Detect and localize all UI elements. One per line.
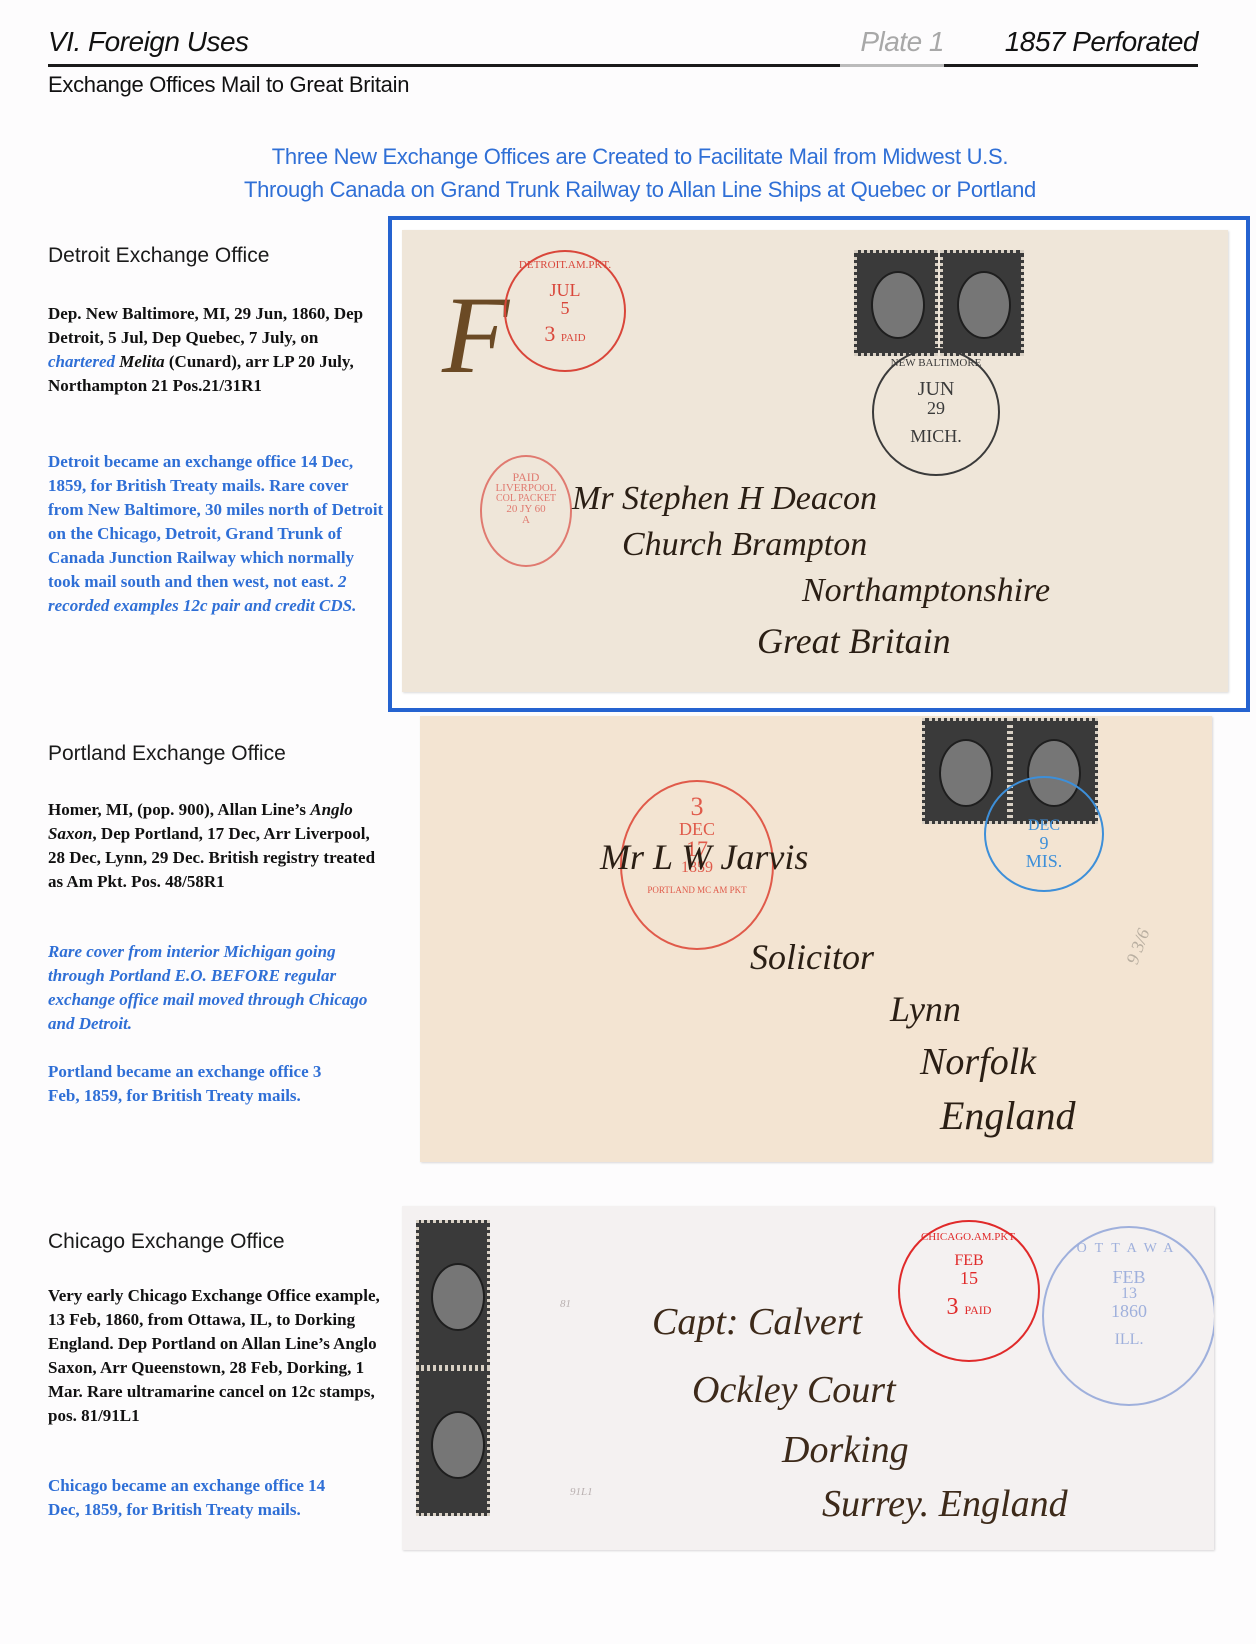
address-line: Church Brampton: [622, 526, 867, 564]
address-line: Mr Stephen H Deacon: [572, 480, 877, 518]
issue-title: 1857 Perforated: [1005, 26, 1198, 57]
plate-header: Plate 1: [840, 26, 944, 67]
intro-line-2: Through Canada on Grand Trunk Railway to…: [100, 173, 1180, 206]
page-subtitle: Exchange Offices Mail to Great Britain: [48, 72, 409, 98]
address-line: Norfolk: [920, 1040, 1036, 1084]
postmark-liverpool: PAID LIVERPOOL COL PACKET 20 JY 60 A: [480, 455, 572, 567]
address-line: Ockley Court: [692, 1368, 896, 1412]
stamp-12c: [416, 1368, 490, 1516]
section-header: VI. Foreign Uses: [48, 26, 840, 67]
pencil-note: 9 3/6: [1122, 926, 1154, 967]
pencil-note: 81: [560, 1298, 571, 1310]
postmark-new-baltimore: NEW BALTIMORE JUN 29 MICH.: [872, 348, 1000, 476]
address-line: Capt: Calvert: [652, 1300, 862, 1344]
section-title-detroit: Detroit Exchange Office: [48, 244, 269, 268]
chicago-description: Very early Chicago Exchange Office examp…: [48, 1284, 388, 1428]
portland-note-italic: Rare cover from interior Michigan going …: [48, 940, 388, 1036]
section-title-portland: Portland Exchange Office: [48, 742, 286, 766]
detroit-note: Detroit became an exchange office 14 Dec…: [48, 450, 388, 618]
cover-chicago: CHICAGO.AM.PKT. FEB 15 3 PAID OTTAWA FEB…: [402, 1206, 1214, 1550]
address-line: Great Britain: [757, 620, 951, 662]
section-title: VI. Foreign Uses: [48, 26, 249, 57]
address-line: Lynn: [890, 988, 961, 1030]
address-line: Surrey. England: [822, 1482, 1068, 1526]
postmark-ottawa: OTTAWA FEB 13 1860 ILL.: [1042, 1226, 1214, 1406]
stamp-12c: [416, 1220, 490, 1368]
cover-detroit: F DETROIT.AM.PKT. JUL 5 3 PAID NEW BALTI…: [402, 230, 1228, 692]
chartered-emphasis: chartered: [48, 352, 115, 371]
postmark-homer: DEC 9 MIS.: [984, 776, 1104, 892]
pencil-note: 91L1: [570, 1486, 593, 1498]
plate-label: Plate 1: [860, 26, 944, 57]
intro-text: Three New Exchange Offices are Created t…: [100, 140, 1180, 206]
intro-line-1: Three New Exchange Offices are Created t…: [100, 140, 1180, 173]
address-line: Solicitor: [750, 936, 874, 978]
postmark-chicago: CHICAGO.AM.PKT. FEB 15 3 PAID: [898, 1220, 1040, 1362]
address-line: Dorking: [782, 1428, 909, 1472]
cover-portland: 3 DEC 17 1859 PORTLAND MC AM PKT DEC 9 M…: [420, 716, 1212, 1162]
manuscript-mark: F: [442, 272, 509, 399]
address-line: England: [940, 1092, 1076, 1139]
address-line: Northamptonshire: [802, 572, 1050, 610]
stamp-12c: [854, 250, 938, 356]
postmark-detroit: DETROIT.AM.PKT. JUL 5 3 PAID: [504, 250, 626, 372]
issue-header: 1857 Perforated: [944, 26, 1198, 67]
chicago-note: Chicago became an exchange office 14 Dec…: [48, 1474, 348, 1522]
address-line: Mr L W Jarvis: [600, 836, 808, 878]
detroit-description: Dep. New Baltimore, MI, 29 Jun, 1860, De…: [48, 302, 388, 398]
stamp-12c: [940, 250, 1024, 356]
ship-name: Melita: [119, 352, 164, 371]
portland-description: Homer, MI, (pop. 900), Allan Line’s Angl…: [48, 798, 388, 894]
portland-note: Portland became an exchange office 3 Feb…: [48, 1060, 338, 1108]
section-title-chicago: Chicago Exchange Office: [48, 1230, 285, 1254]
